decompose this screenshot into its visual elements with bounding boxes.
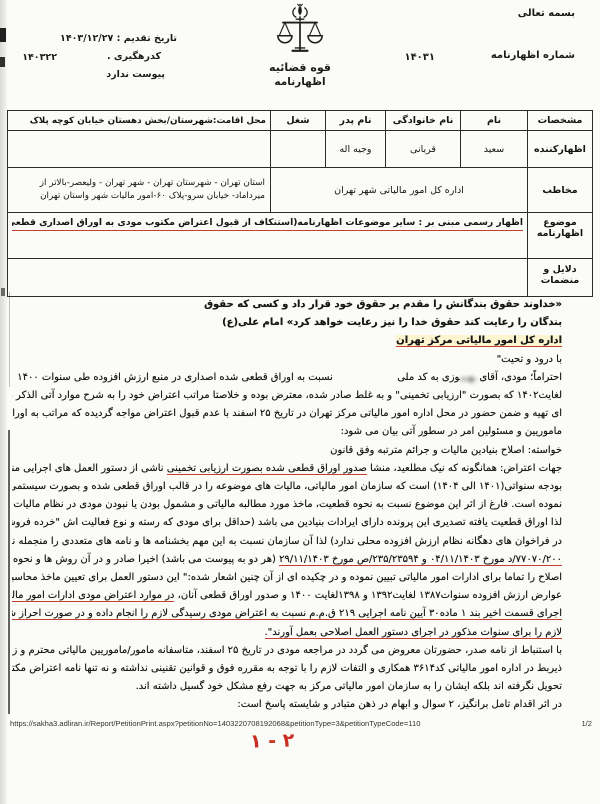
request-line: خواسته: اصلاح بنیادین مالیات و جرائم متر… [12, 442, 562, 460]
body-line: ماموریین و مسئولین امر در سطور آتی بیان … [12, 423, 562, 441]
print-footer: https://sakha3.adliran.ir/Report/Petitio… [10, 719, 592, 728]
scan-fold-line [8, 430, 10, 714]
scan-smudge [1, 288, 5, 296]
col-name: نام [461, 111, 528, 131]
col-job: شغل [271, 111, 326, 131]
body-line: لذا اوراق قطعیت یافته تصدیری این پرونده … [12, 514, 562, 532]
addressee-name: اداره کل امور مالیاتی شهر تهران [271, 168, 528, 213]
evidence-row: دلایل و منضمات [8, 259, 593, 297]
declarant-row: اظهارکننده سعید قربانی وجیه اله [8, 131, 593, 168]
body-line: نموده است. فارغ از اثر این موضوع نسبت به… [12, 496, 562, 514]
red-underlined-text: در موارد اعتراض مودی ادارات امور مالیاتی… [12, 590, 174, 602]
body-line: در اثر اقدام تامل برانگیز، ۲ سوال و ابها… [12, 696, 562, 714]
body-line: بودجه سنواتی(۱۴۰۱ الی ۱۴۰۴) است که سازما… [12, 478, 562, 496]
declarant-job [271, 131, 326, 168]
body-line: اجرای قسمت اخیر بند ۱ ماده۳۰ آیین نامه ا… [12, 605, 562, 623]
subject-text: اظهار رسمی مبنی بر : سایر موضوعات اظهارن… [12, 217, 523, 231]
judiciary-scales-icon [245, 2, 355, 60]
imam-quote-line-2: بندگان را رعایت کند حقوق خدا را نیز رعای… [12, 314, 562, 332]
col-id: مشخصات [528, 111, 593, 131]
greeting-line: با درود و تحیت" [12, 351, 562, 369]
red-underlined-text: اجرای قسمت اخیر بند ۱ ماده۳۰ آیین نامه ا… [12, 608, 562, 620]
scanned-declaration-page: بسمه تعالی شماره اظهارنامه ۱۴۰۳۱ تاریخ ت… [0, 0, 600, 804]
page-indicator: 1/2 [581, 719, 592, 728]
body-line: احتراماً؛ مودی، آقای ـهـىـوزی به کد ملی … [12, 369, 562, 387]
tracking-code-value: ۱۴۰۳۲۲ [22, 52, 57, 63]
imam-quote-line-1: «خداوند حقوق بندگانش را مقدم بر حقوق خود… [12, 296, 562, 314]
body-line: تحویل نگرفته اند بلکه ایشان را به سازمان… [12, 678, 562, 696]
salutation-target: اداره کل امور مالیاتی مرکز تهران [396, 335, 562, 347]
body-line: جهات اعتراض: همانگونه که نیک مطلعید، منش… [12, 460, 562, 478]
col-family: نام خانوادگی [386, 111, 461, 131]
declarant-name: سعید [461, 131, 528, 168]
scan-edge-shadow [0, 0, 7, 804]
footer-url: https://sakha3.adliran.ir/Report/Petitio… [10, 719, 420, 728]
red-underlined-text: صدور اوراق قطعی شده بصورت ارزیابی تخمینی [167, 463, 367, 475]
body-line: ای تهیه و ضمن حضور در محل اداره امور مال… [12, 405, 562, 423]
body-line: لازم را برای سنوات مذکور در اجرای دستور … [12, 624, 562, 642]
letter-body: «خداوند حقوق بندگانش را مقدم بر حقوق خود… [12, 296, 562, 715]
attachment-status: پیوست ندارد [106, 69, 165, 80]
judiciary-header: قوه قضائیه اظهارنامه [245, 2, 355, 88]
declarant-father: وجیه اله [326, 131, 386, 168]
scan-smudge [0, 57, 5, 67]
body-line: اصلاح را تماما برای ادارات امور مالیاتی … [12, 569, 562, 587]
handwritten-page-mark: ۱ - ۲ [250, 729, 295, 752]
declarant-label: اظهارکننده [528, 131, 593, 168]
submission-date: تاریخ تقدیم : ۱۴۰۳/۱۲/۲۷ [60, 33, 177, 44]
body-line: ۷۷۰۷۰/۲۰۰/د مورخ ۰۴/۱۱/۱۴۰۳ و ۲۳۵/۲۳۵۹۴/… [12, 551, 562, 569]
body-line: لغایت۱۴۰۲ که بصورت "ارزیابی تخمینی" و به… [12, 387, 562, 405]
subject-label: موضوع اظهارنامه [528, 213, 593, 259]
red-underlined-text: لازم را برای سنوات مذکور در اجرای دستور … [265, 627, 563, 639]
addressee-row: مخاطب اداره کل امور مالیاتی شهر تهران اس… [8, 168, 593, 213]
body-line: در فراخوان های دهگانه نظام ارزش افزوده م… [12, 533, 562, 551]
table-header-row: مشخصات نام نام خانوادگی نام پدر شغل محل … [8, 111, 593, 131]
bismillah-text: بسمه تعالی [518, 8, 575, 19]
addressee-label: مخاطب [528, 168, 593, 213]
document-type-title: اظهارنامه [245, 76, 355, 88]
col-address: محل اقامت:شهرستان/بخش دهستان خیابان کوچه… [8, 111, 271, 131]
body-line: با استنباط از نامه صدر، حضورتان معروض می… [12, 642, 562, 660]
declaration-form-table: مشخصات نام نام خانوادگی نام پدر شغل محل … [7, 110, 593, 297]
tracking-code-label: کدرهگیری . [107, 51, 161, 62]
col-father: نام پدر [326, 111, 386, 131]
body-line: عوارض ارزش افزوده سنوات۱۳۸۷ لغایت۱۳۹۲ و … [12, 587, 562, 605]
evidence-label: دلایل و منضمات [528, 259, 593, 297]
scan-fold-line [9, 292, 10, 387]
addressee-address: استان تهران - شهرستان تهران - شهر تهران … [8, 168, 271, 213]
evidence-cell [8, 259, 528, 297]
body-line: ذیربط در اداره امور مالیاتی کد۳۶۱۴ همکار… [12, 660, 562, 678]
subject-cell: اظهار رسمی مبنی بر : سایر موضوعات اظهارن… [8, 213, 528, 259]
declaration-number-value: ۱۴۰۳۱ [404, 52, 435, 63]
redacted-name: ـهـىـ [460, 372, 476, 383]
subject-row: موضوع اظهارنامه اظهار رسمی مبنی بر : سای… [8, 213, 593, 259]
declarant-address [8, 131, 271, 168]
declaration-number-label: شماره اظهارنامه [491, 50, 575, 61]
declarant-family: قربانی [386, 131, 461, 168]
red-underlined-letter-numbers: ۷۷۰۷۰/۲۰۰/د مورخ ۰۴/۱۱/۱۴۰۳ و ۲۳۵/۲۳۵۹۴/… [279, 554, 562, 566]
salutation-line: اداره کل امور مالیاتی مرکز تهران [12, 332, 562, 350]
scan-smudge [0, 28, 6, 42]
org-name: قوه قضائیه [245, 61, 355, 74]
